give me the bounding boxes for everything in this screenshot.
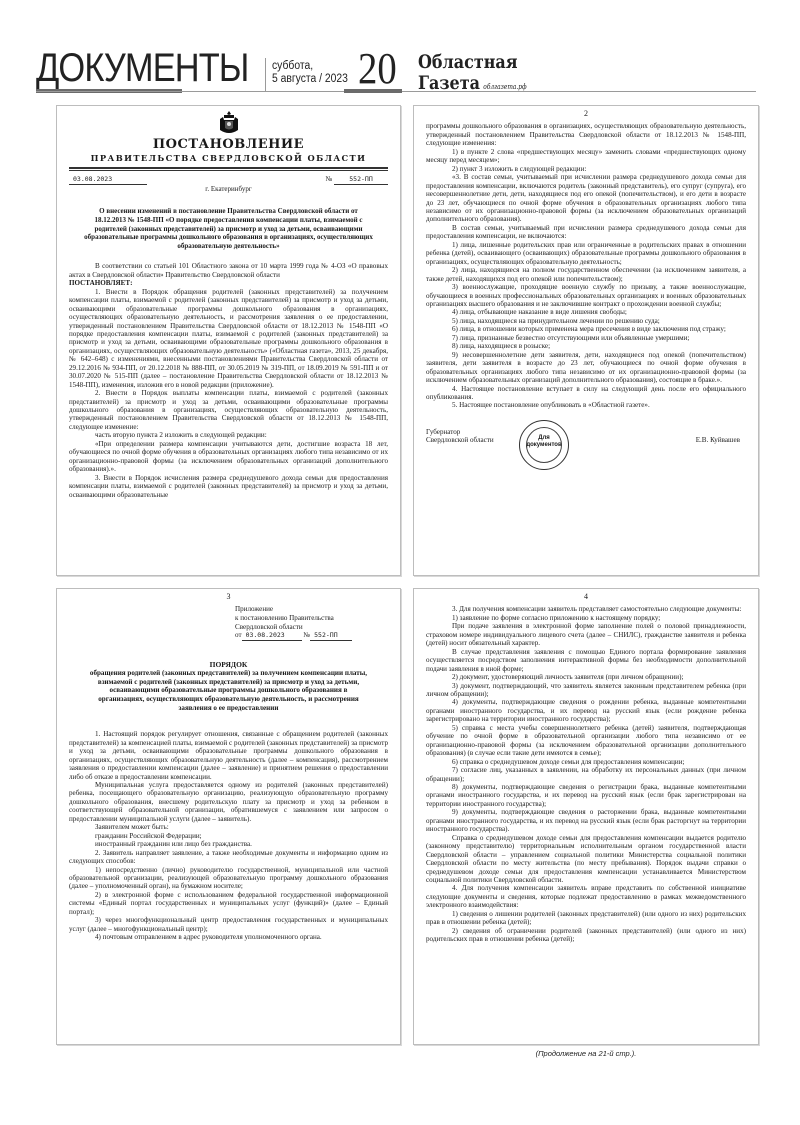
paragraph: 2) лица, находящиеся на полном государст… <box>426 266 746 283</box>
paragraph: программы дошкольного образования в орга… <box>426 122 746 147</box>
document-number: 552-ПП <box>334 175 388 184</box>
document-date: 03.08.2023 <box>69 175 147 184</box>
masthead-separator <box>265 58 266 92</box>
page-number-underline <box>344 89 402 93</box>
paragraph: 9) документы, подтверждающие сведения о … <box>426 808 746 833</box>
paragraph: 8) лица, находящиеся в розыске; <box>426 342 746 350</box>
official-stamp-icon: Для документов <box>519 420 569 470</box>
paragraph: 2. Внести в Порядок выплаты компенсации … <box>69 389 388 431</box>
continuation-note: (Продолжение на 21-й стр.). <box>413 1049 759 1058</box>
paragraph: При подаче заявления в электронной форме… <box>426 622 746 647</box>
paragraph: 2) в электронной форме с использованием … <box>69 891 388 916</box>
resolves-label: ПОСТАНОВЛЯЕТ: <box>69 279 388 287</box>
newspaper-logo: Областная Газетаоблгазета.рф <box>418 52 527 98</box>
paragraph: 1) непосредственно (лично) руководителю … <box>69 866 388 891</box>
signature-block: Губернатор Свердловской области Для доку… <box>426 428 746 488</box>
logo-line-2: Газета <box>418 72 480 94</box>
paragraph: 2. Заявитель направляет заявление, а так… <box>69 849 388 866</box>
paragraph: 4) документы, подтверждающие сведения о … <box>426 698 746 723</box>
appendix-line: к постановлению Правительства <box>235 614 388 623</box>
paragraph: 4. Настоящее постановление вступает в си… <box>426 385 746 402</box>
appendix-line: Приложение <box>235 605 388 614</box>
signer-title-line: Губернатор <box>426 428 494 436</box>
paragraph: 9) несовершеннолетние дети заявителя, де… <box>426 351 746 385</box>
issue-weekday: суббота, <box>272 60 348 73</box>
paragraph: 1) лица, лишенные родительских прав или … <box>426 241 746 266</box>
paragraph: 3. Внести в Порядок исчисления размера с… <box>69 474 388 499</box>
logo-line-1: Областная <box>418 52 527 73</box>
paragraph: 7) лица, признанные безвестно отсутствую… <box>426 334 746 342</box>
paragraph: 3) военнослужащие, проходящие военную сл… <box>426 283 746 308</box>
document-page-3: 3 Приложение к постановлению Правительст… <box>56 588 401 1045</box>
document-page-2: 2 программы дошкольного образования в ор… <box>413 105 759 576</box>
document-page-1: ПОСТАНОВЛЕНИЕ ПРАВИТЕЛЬСТВА СВЕРДЛОВСКОЙ… <box>56 105 401 576</box>
masthead: ДОКУМЕНТЫ суббота, 5 августа / 2023 20 О… <box>0 0 800 100</box>
signer-name: Е.В. Куйвашев <box>696 436 740 444</box>
order-title: ПОРЯДОК <box>69 661 388 669</box>
paragraph: 4. Для получения компенсации заявитель в… <box>426 884 746 909</box>
paragraph: 1) сведения о лишении родителей (законны… <box>426 910 746 927</box>
paragraph: В состав семьи, учитываемый при исчислен… <box>426 224 746 241</box>
document-heading: О внесении изменений в постановление Пра… <box>83 207 374 250</box>
signer-title-line: Свердловской области <box>426 436 494 444</box>
paragraph: 1) в пункте 2 слова «предшествующих меся… <box>426 148 746 165</box>
paragraph: гражданин Российской Федерации; <box>69 832 388 840</box>
page-number: 20 <box>358 46 397 92</box>
paragraph: часть вторую пункта 2 изложить в следующ… <box>69 431 388 439</box>
paragraph: Справка о среднедушевом доходе семьи для… <box>426 834 746 885</box>
issue-date: суббота, 5 августа / 2023 <box>272 60 348 86</box>
page-label: 4 <box>426 593 746 601</box>
stamp-text: документов <box>520 442 568 449</box>
paragraph: 5. Настоящее постановление опубликовать … <box>426 401 746 409</box>
appendix-note: Приложение к постановлению Правительства… <box>235 605 388 640</box>
appendix-number: 552-ПП <box>310 631 352 641</box>
stamp-text: Для <box>520 435 568 442</box>
document-kind: ПОСТАНОВЛЕНИЕ <box>69 137 388 152</box>
paragraph: 5) лица, находящиеся на принудительном л… <box>426 317 746 325</box>
issue-date-text: 5 августа / 2023 <box>272 73 348 86</box>
document-number-label: № <box>326 175 333 183</box>
coat-of-arms-icon <box>218 111 240 135</box>
paragraph: В случае представления заявления с помощ… <box>426 648 746 673</box>
paragraph: 4) почтовым отправлением в адрес руковод… <box>69 933 388 941</box>
document-issuer: ПРАВИТЕЛЬСТВА СВЕРДЛОВСКОЙ ОБЛАСТИ <box>69 154 388 162</box>
paragraph: иностранный гражданин или лицо без гражд… <box>69 840 388 848</box>
paragraph: 6) лица, в отношении которых применена м… <box>426 325 746 333</box>
document-page-4: 4 3. Для получения компенсации заявитель… <box>413 588 759 1045</box>
paragraph: 1. Внести в Порядок обращения родителей … <box>69 288 388 389</box>
paragraph: Заявителем может быть: <box>69 823 388 831</box>
page-label: 2 <box>426 110 746 118</box>
paragraph: 6) справка о среднедушевом доходе семьи … <box>426 758 746 766</box>
paragraph: 1) заявление по форме согласно приложени… <box>426 614 746 622</box>
preamble: В соответствии со статьей 101 Областного… <box>69 262 388 279</box>
appendix-number-label: № <box>303 631 310 639</box>
paragraph: 8) документы, подтверждающие сведения о … <box>426 783 746 808</box>
paragraph: 7) согласие лиц, указанных в заявлении, … <box>426 766 746 783</box>
paragraph: Муниципальная услуга предоставляется одн… <box>69 781 388 823</box>
signer-title: Губернатор Свердловской области <box>426 428 494 445</box>
order-subtitle: обращения родителей (законных представит… <box>89 669 368 712</box>
paragraph: 4) лица, отбывающие наказание в виде лиш… <box>426 308 746 316</box>
paragraph: 3) через многофункциональный центр предо… <box>69 916 388 933</box>
document-city: г. Екатеринбург <box>69 185 388 193</box>
section-title: ДОКУМЕНТЫ <box>36 46 249 90</box>
paragraph: 2) сведения об ограничении родителей (за… <box>426 927 746 944</box>
paragraph: 2) пункт 3 изложить в следующей редакции… <box>426 165 746 173</box>
logo-site: облгазета.рф <box>483 83 526 91</box>
appendix-date: 03.08.2023 <box>242 631 302 641</box>
paragraph: 3) документ, подтверждающий, что заявите… <box>426 682 746 699</box>
paragraph: 1. Настоящий порядок регулирует отношени… <box>69 730 388 781</box>
appendix-line: Свердловской области <box>235 623 388 632</box>
page-label: 3 <box>69 593 388 601</box>
paragraph: 2) документ, удостоверяющий личность зая… <box>426 673 746 681</box>
paragraph: 3. Для получения компенсации заявитель п… <box>426 605 746 613</box>
paragraph: «3. В состав семьи, учитываемый при исчи… <box>426 173 746 224</box>
header-rule <box>69 167 388 171</box>
paragraph: «При определении размера компенсации учи… <box>69 440 388 474</box>
document-meta: 03.08.2023 № 552-ПП <box>69 175 388 184</box>
paragraph: 5) справка с места учебы совершеннолетне… <box>426 724 746 758</box>
